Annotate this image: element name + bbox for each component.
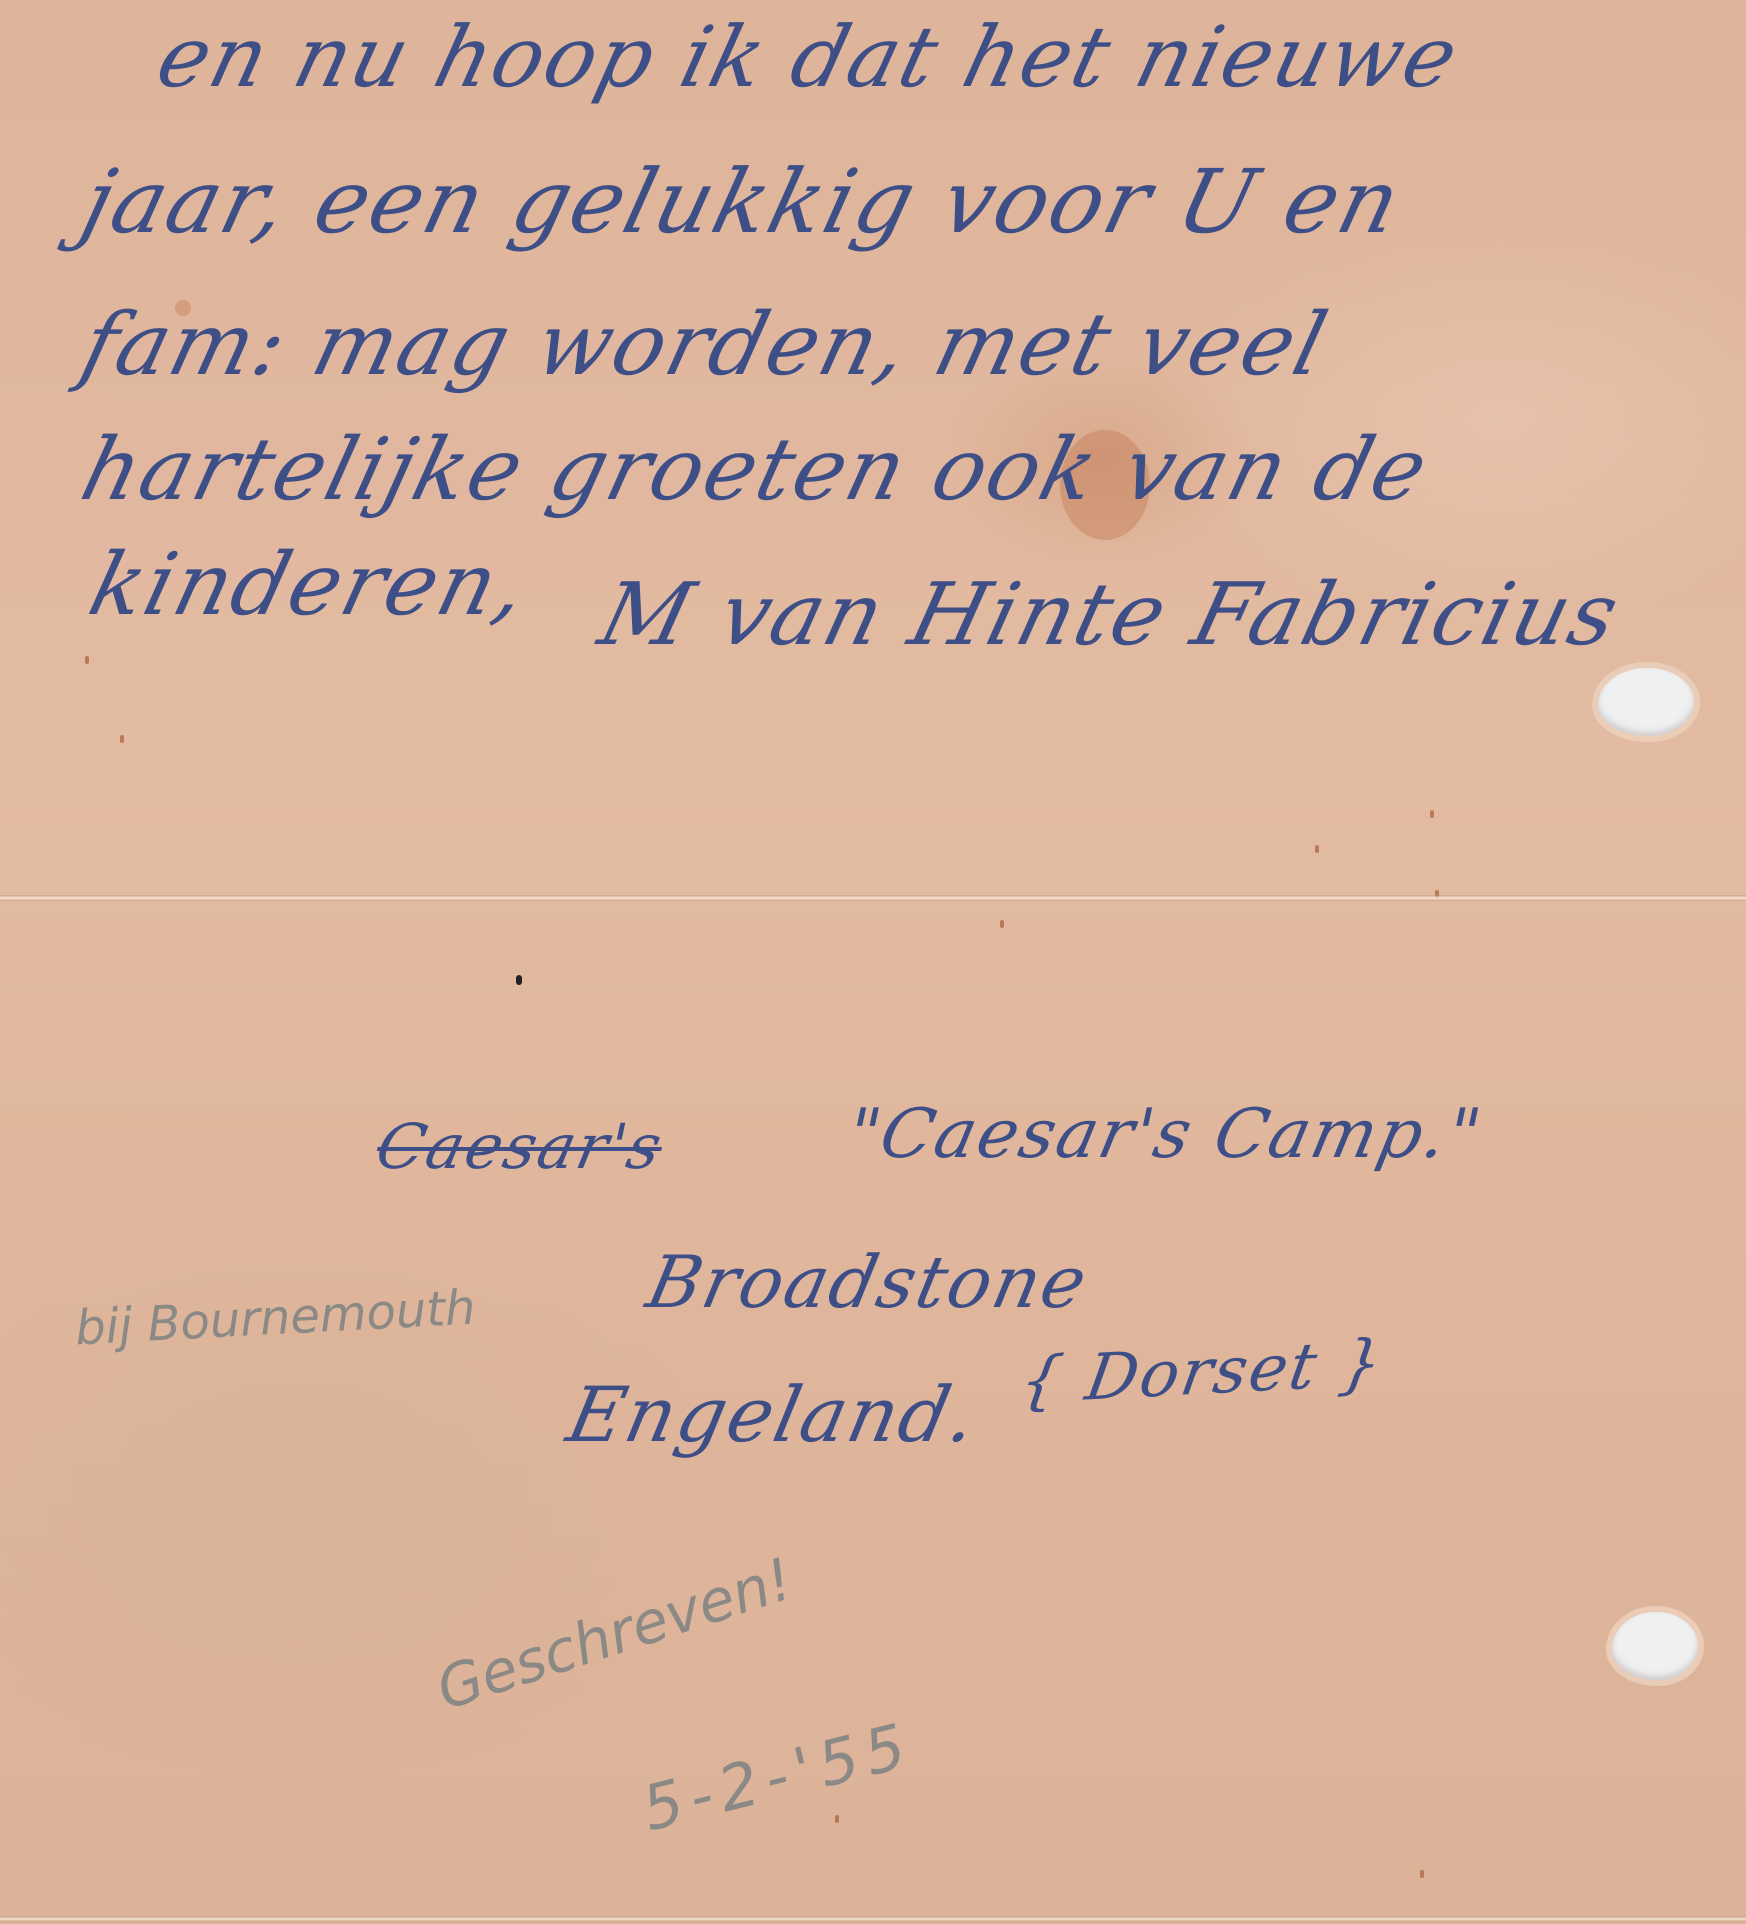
struck-out-word: Caesar's	[370, 1110, 670, 1183]
ink-dot	[516, 975, 522, 985]
fold-line	[0, 1916, 1746, 1922]
letter-line: hartelijke groeten ook van de	[72, 420, 1439, 520]
address-town: Broadstone	[640, 1240, 1096, 1324]
speck	[1315, 845, 1319, 853]
speck	[1000, 920, 1004, 928]
letter-page: en nu hoop ik dat het nieuwe jaar, een g…	[0, 0, 1746, 1924]
address-country: Engeland.	[560, 1370, 986, 1459]
punch-hole	[1612, 1612, 1698, 1680]
pencil-note-date: 5-2-'55	[635, 1708, 920, 1846]
pencil-note-answered: Geschreven!	[429, 1545, 801, 1724]
letter-line: jaar, een gelukkig voor U en	[72, 150, 1412, 253]
speck	[835, 1815, 839, 1823]
letter-line: en nu hoop ik dat het nieuwe	[148, 8, 1469, 106]
speck	[85, 656, 89, 664]
fold-line	[0, 895, 1746, 901]
signature: M van Hinte Fabricius	[590, 565, 1630, 665]
pencil-note-location: bij Bournemouth	[74, 1280, 477, 1357]
speck	[1430, 810, 1434, 818]
speck	[120, 735, 124, 743]
address-camp: "Caesar's Camp."	[840, 1095, 1490, 1174]
address-county: { Dorset }	[1015, 1326, 1389, 1419]
letter-line: fam: mag worden, met veel	[72, 295, 1338, 395]
speck	[1420, 1870, 1424, 1878]
punch-hole	[1598, 668, 1694, 736]
letter-line: kinderen,	[80, 535, 539, 635]
